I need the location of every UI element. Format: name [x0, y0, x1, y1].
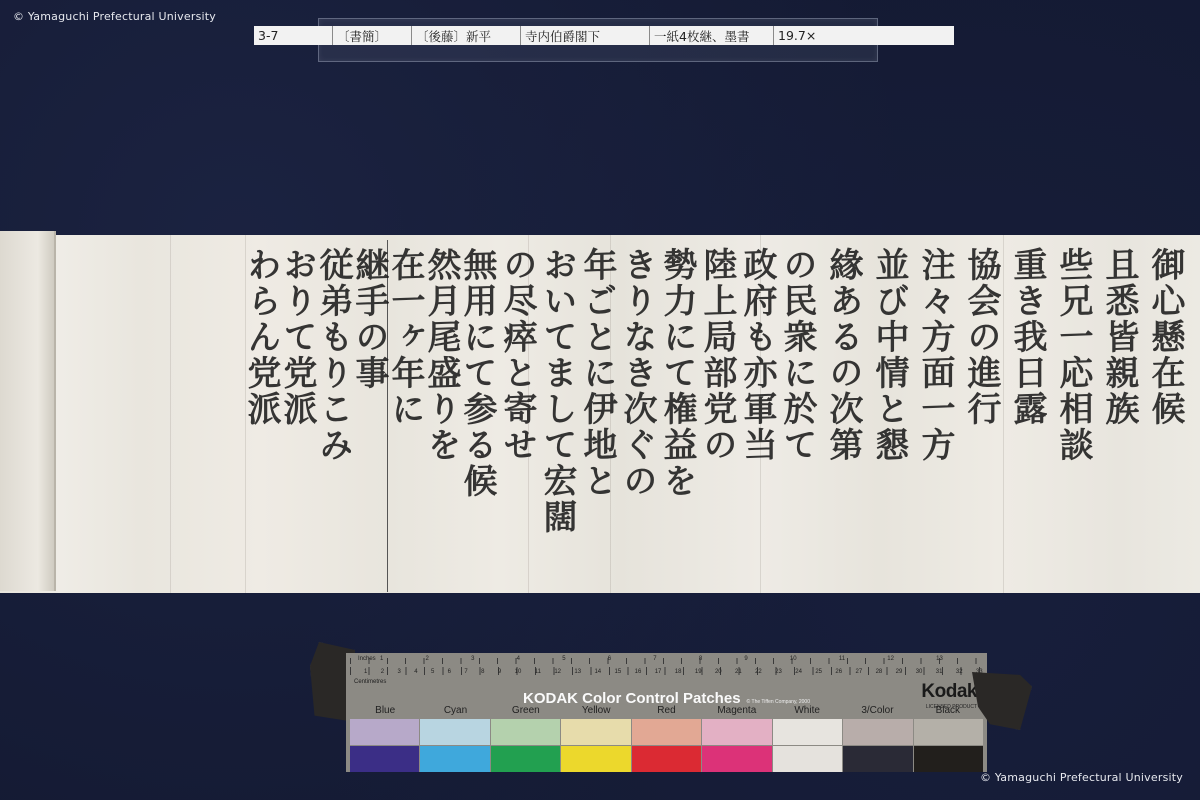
- color-patch-white-dark: [773, 746, 842, 772]
- calligraphy-column: 陸上局部党の: [698, 234, 738, 587]
- patch-label: Magenta: [702, 705, 772, 716]
- cm-mark: 31: [936, 669, 943, 675]
- ruler: Inches 12345678910111213 123456789101112…: [350, 655, 983, 685]
- calligraphy-column: 年ごとに伊地と: [578, 234, 618, 587]
- patch-label: Cyan: [420, 705, 490, 716]
- cm-mark: 12: [554, 669, 561, 675]
- inch-mark: 4: [517, 656, 520, 662]
- calligraphy-column: きりなき次ぐの: [618, 234, 658, 587]
- calligraphy-column: 従弟もりこみ: [318, 234, 354, 587]
- color-patch-cyan-light: [420, 719, 489, 745]
- inch-mark: 2: [426, 656, 429, 662]
- calligraphy-column: 些兄一応相談: [1048, 234, 1094, 588]
- inch-mark: 8: [699, 656, 702, 662]
- label-cell: 3-7: [254, 26, 333, 45]
- cm-mark: 18: [675, 669, 682, 675]
- cm-mark: 22: [755, 669, 762, 675]
- calligraphy-column: 協会の進行: [956, 234, 1002, 588]
- label-cell: 〔書簡〕: [333, 26, 412, 45]
- calligraphy-column: 在一ヶ年に: [390, 234, 426, 587]
- cm-marks: 1234567891011121314151617181920212223242…: [364, 669, 983, 675]
- color-patch-3-color-dark: [843, 746, 912, 772]
- color-patch-3-color-light: [843, 719, 912, 745]
- calligraphy-column: わらん党派: [246, 234, 282, 587]
- centimetres-label: Centimetres: [354, 679, 386, 685]
- catalog-label-strip: 3-7〔書簡〕〔後藤〕新平寺内伯爵閣下一紙4枚継、墨書19.7×: [254, 26, 954, 45]
- cm-mark: 17: [655, 669, 662, 675]
- cm-mark: 5: [431, 669, 434, 675]
- patch-labels: BlueCyanGreenYellowRedMagentaWhite3/Colo…: [350, 705, 983, 716]
- inch-mark: 9: [744, 656, 747, 662]
- calligraphy-column: 勢力にて権益を: [658, 234, 698, 587]
- cm-mark: 14: [594, 669, 601, 675]
- calligraphy-column: 政府も亦軍当: [738, 234, 778, 587]
- inch-mark: 11: [839, 656, 845, 662]
- label-cell: 一紙4枚継、墨書: [650, 26, 774, 45]
- calligraphy-column: 御心懸在候: [1140, 234, 1186, 588]
- patch-label: Yellow: [561, 705, 631, 716]
- cm-mark: 28: [876, 669, 883, 675]
- color-patch-white-light: [773, 719, 842, 745]
- cm-mark: 19: [695, 669, 702, 675]
- rolled-scroll-end: [0, 231, 56, 591]
- color-patches: [350, 719, 983, 772]
- cm-mark: 29: [896, 669, 903, 675]
- cm-mark: 25: [815, 669, 822, 675]
- color-patch-red-light: [632, 719, 701, 745]
- kodak-color-target: Inches 12345678910111213 123456789101112…: [346, 653, 987, 772]
- inch-mark: 5: [562, 656, 565, 662]
- color-patch-black-light: [914, 719, 983, 745]
- inches-label: Inches: [358, 656, 376, 662]
- calligraphy-column: 且悉皆親族: [1094, 234, 1140, 588]
- calligraphy-column: の尽瘁と寄せ: [498, 234, 538, 587]
- patch-label: Black: [913, 705, 983, 716]
- calligraphy-column: 無用にて参る候: [462, 234, 498, 587]
- cm-mark: 21: [735, 669, 742, 675]
- patch-label: 3/Color: [842, 705, 912, 716]
- inch-marks: 12345678910111213: [380, 656, 943, 662]
- cm-mark: 1: [364, 669, 367, 675]
- label-cell: 〔後藤〕新平: [412, 26, 521, 45]
- cm-mark: 6: [448, 669, 451, 675]
- cm-mark: 26: [835, 669, 842, 675]
- calligraphy-column: 重き我日露: [1002, 234, 1048, 588]
- cm-mark: 13: [574, 669, 581, 675]
- copyright-top: © Yamaguchi Prefectural University: [13, 10, 216, 23]
- cm-mark: 9: [498, 669, 501, 675]
- calligraphy-column: 然月尾盛りを: [426, 234, 462, 587]
- cm-mark: 8: [481, 669, 484, 675]
- calligraphy-column: 並び中情と懇: [864, 234, 910, 588]
- inch-mark: 12: [887, 656, 894, 662]
- calligraphy-column: おりて党派: [282, 234, 318, 587]
- color-patch-yellow-light: [561, 719, 630, 745]
- kodak-logo: Kodak: [921, 681, 977, 703]
- cm-mark: 2: [381, 669, 384, 675]
- color-patch-black-dark: [914, 746, 983, 772]
- cm-mark: 7: [464, 669, 467, 675]
- calligraphy-column: 継手の事: [354, 234, 390, 587]
- cm-mark: 15: [615, 669, 622, 675]
- patch-label: Green: [491, 705, 561, 716]
- color-patch-magenta-dark: [702, 746, 771, 772]
- label-cell: 19.7×: [774, 26, 872, 45]
- color-patch-green-light: [491, 719, 560, 745]
- patch-label: Blue: [350, 705, 420, 716]
- inch-mark: 6: [608, 656, 611, 662]
- calligraphy-column: 注々方面一方: [910, 234, 956, 588]
- inch-mark: 7: [653, 656, 656, 662]
- cm-mark: 20: [715, 669, 722, 675]
- cm-mark: 16: [635, 669, 642, 675]
- cm-mark: 11: [535, 669, 541, 675]
- calligraphy-column: おいてまして宏闊: [538, 234, 578, 587]
- patch-label: Red: [631, 705, 701, 716]
- calligraphy-column: 緣あるの次第: [818, 234, 864, 588]
- color-patch-cyan-dark: [420, 746, 489, 772]
- color-patch-yellow-dark: [561, 746, 630, 772]
- color-patch-blue-light: [350, 719, 419, 745]
- letter-scroll: 御心懸在候且悉皆親族些兄一応相談重き我日露協会の進行注々方面一方並び中情と懇緣あ…: [0, 235, 1200, 593]
- color-patch-blue-dark: [350, 746, 419, 772]
- label-cell: 寺内伯爵閣下: [521, 26, 650, 45]
- cm-mark: 3: [397, 669, 400, 675]
- calligraphy-text: 御心懸在候且悉皆親族些兄一応相談重き我日露協会の進行注々方面一方並び中情と懇緣あ…: [56, 235, 1200, 593]
- cm-mark: 4: [414, 669, 417, 675]
- inch-mark: 10: [790, 656, 797, 662]
- inch-mark: 3: [471, 656, 474, 662]
- cm-mark: 30: [916, 669, 923, 675]
- inch-mark: 1: [380, 656, 383, 662]
- patch-label: White: [772, 705, 842, 716]
- color-patch-red-dark: [632, 746, 701, 772]
- cm-mark: 24: [795, 669, 802, 675]
- inch-mark: 13: [936, 656, 943, 662]
- color-patch-magenta-light: [702, 719, 771, 745]
- cm-mark: 27: [855, 669, 862, 675]
- cm-mark: 23: [775, 669, 782, 675]
- cm-mark: 10: [515, 669, 522, 675]
- copyright-bottom: © Yamaguchi Prefectural University: [980, 771, 1183, 784]
- calligraphy-column: の民衆に於て: [778, 234, 818, 587]
- color-patch-green-dark: [491, 746, 560, 772]
- cm-mark: 32: [956, 669, 963, 675]
